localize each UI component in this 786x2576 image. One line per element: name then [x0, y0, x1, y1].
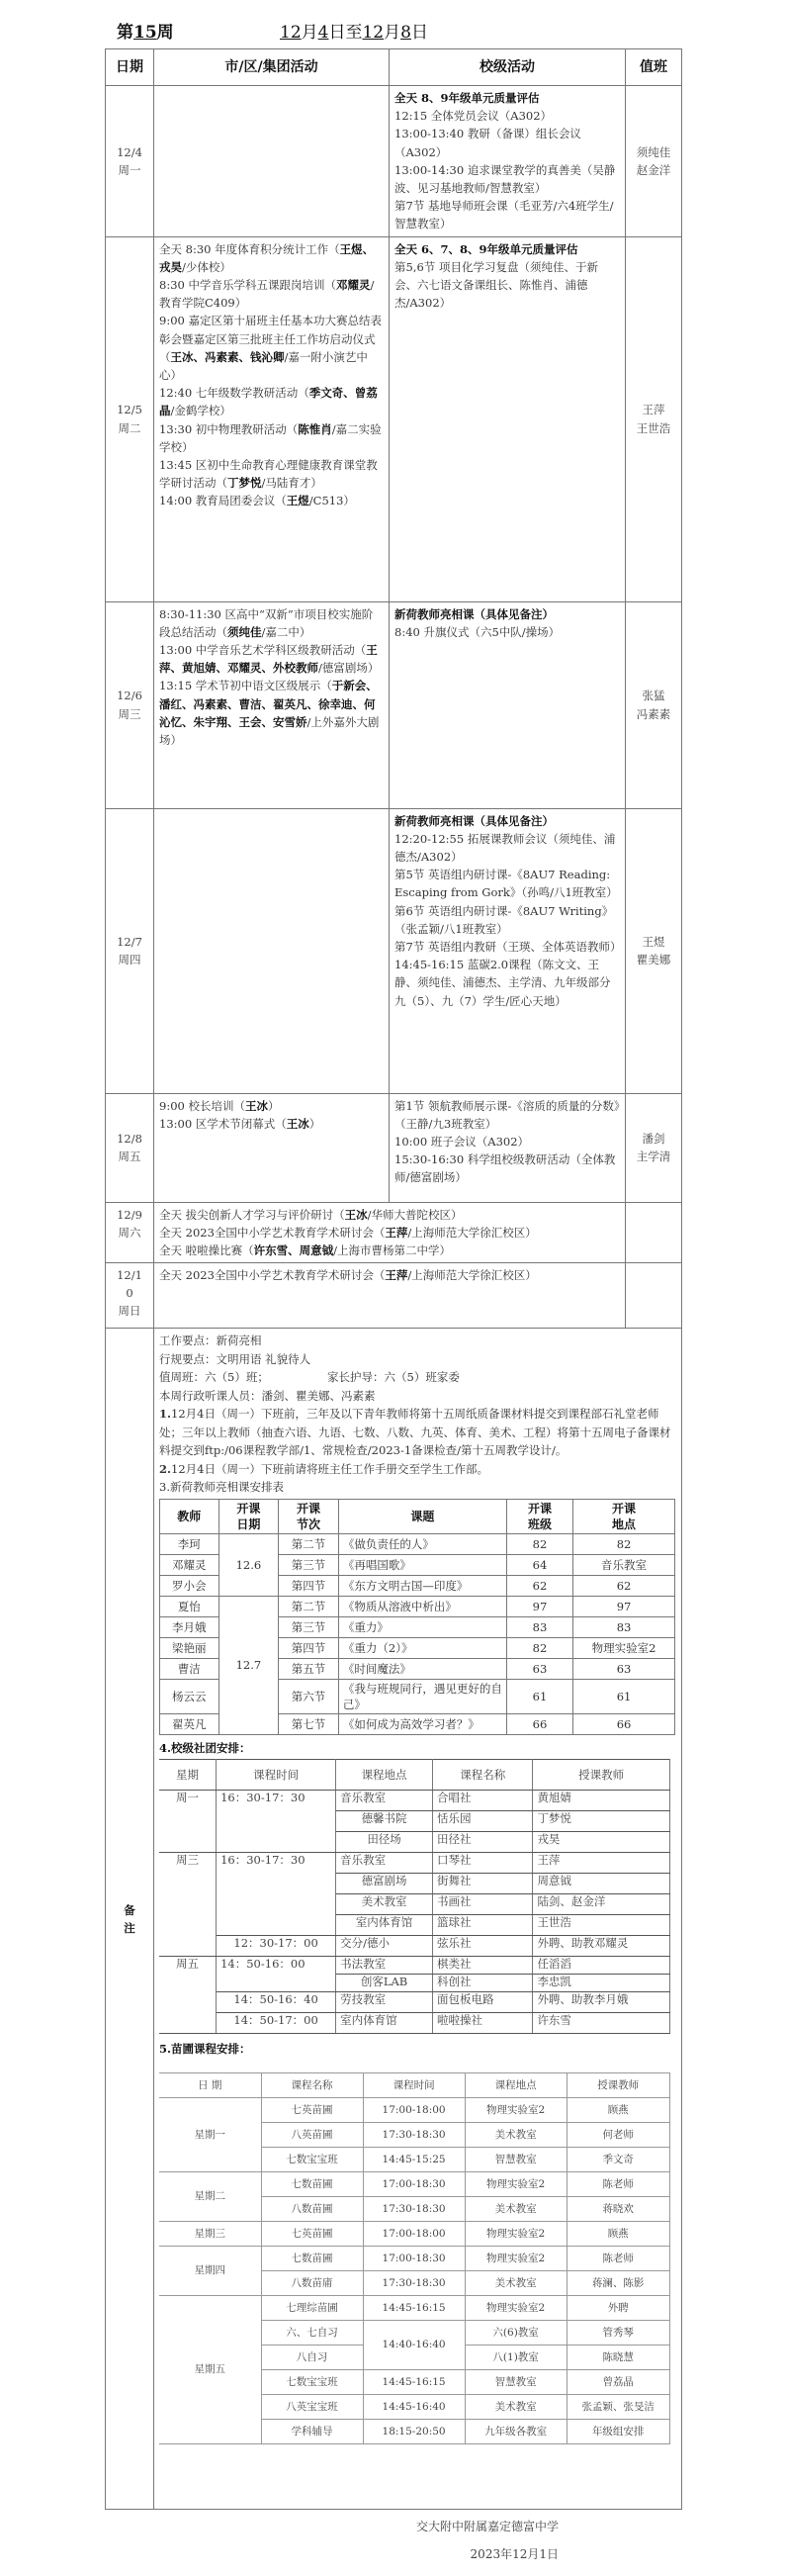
- lesson-class: 97: [506, 1596, 572, 1616]
- garden-teacher: 陈晓慧: [567, 2345, 669, 2369]
- item-number: 1.: [159, 1407, 171, 1421]
- garden-time: 17:00-18:30: [363, 2246, 465, 2270]
- club-place: 德馨书院: [336, 1811, 433, 1832]
- notes-content: 工作要点：新荷亮相行规要点：文明用语 礼貌待人值周班：六（5）班；家长护导：六（…: [154, 1329, 682, 2510]
- club-time: 14：50-17：00: [217, 2013, 336, 2034]
- garden-course-name: 八自习: [261, 2345, 363, 2369]
- duty-person: 赵金洋: [631, 161, 676, 179]
- activity-place: ）: [309, 1117, 321, 1131]
- school-activity: 第5节 英语组内研讨课-《8AU7 Reading: Escaping from…: [394, 866, 620, 901]
- lesson-place: 82: [573, 1533, 675, 1554]
- club-col-header: 授课教师: [533, 1760, 669, 1791]
- garden-course-name: 七数宝宝班: [261, 2369, 363, 2394]
- club-teacher: 黄旭婧: [533, 1791, 669, 1811]
- duty-class: 值周班：六（5）班；: [159, 1368, 327, 1387]
- garden-course-name: 六、七自习: [261, 2320, 363, 2345]
- lesson-period: 第二节: [279, 1533, 339, 1554]
- garden-header-row: 日 期课程名称课程时间课程地点授课教师: [159, 2072, 669, 2097]
- note-item-1: 1.12月4日（周一）下班前，三年及以下青年教师将第十五周纸质备课材料提交到课程…: [159, 1405, 675, 1460]
- garden-time: 14:45-16:40: [363, 2394, 465, 2419]
- notes-label-char: 注: [111, 1919, 148, 1937]
- garden-time: 14:45-15:25: [363, 2147, 465, 2171]
- lesson-topic: 《时间魔法》: [338, 1658, 506, 1679]
- school-activity: 10:00 班子会议（A302）: [394, 1133, 620, 1150]
- school-activity: 新荷教师亮相课（具体见备注）: [394, 605, 620, 623]
- week-number: 15: [133, 23, 157, 43]
- club-teacher: 外聘、助教邓耀灵: [533, 1936, 669, 1957]
- date-value: 12/4: [111, 143, 148, 161]
- header-part: 日期: [221, 1517, 277, 1532]
- weekend-activity-cell: 全天 2023全国中小学艺术教育学术研讨会（王萍/上海师范大学徐汇校区）: [154, 1263, 626, 1329]
- school-cell: 全天 8、9年级单元质量评估12:15 全体党员会议（A302）13:00-13…: [390, 86, 626, 237]
- district-cell: 8:30-11:30 区高中“双新”市项目校实施阶段总结活动（须纯佳/嘉二中）1…: [154, 601, 390, 808]
- date-range: 12月4日至12月8日: [280, 18, 428, 43]
- garden-teacher: 蒋晓欢: [567, 2196, 669, 2221]
- school-activity: 14:45-16:15 蓝碳2.0课程（陈文文、王静、须纯佳、浦德杰、主学清、九…: [394, 956, 620, 1010]
- lesson-topic: 《做负责任的人》: [338, 1533, 506, 1554]
- activity-text: 13:00 区学术节闭幕式（: [159, 1117, 287, 1131]
- activity-text: 全天 2023全国中小学艺术教育学术研讨会（: [159, 1268, 385, 1282]
- garden-col-header: 课程地点: [465, 2072, 567, 2097]
- district-activity: 全天 8:30 年度体育积分统计工作（王煜、戎昊/少体校）: [159, 240, 384, 276]
- lesson-period: 第六节: [279, 1679, 339, 1713]
- school-activity: 13:00-14:30 追求课堂教学的真善美（吴静波、见习基地教师/智慧教室）: [394, 161, 620, 197]
- weekend-activity-cell: 全天 拔尖创新人才学习与评价研讨（王冰/华师大普陀校区）全天 2023全国中小学…: [154, 1202, 626, 1263]
- club-name: 棋类社: [433, 1957, 533, 1975]
- lesson-topic: 《再唱国歌》: [338, 1554, 506, 1575]
- lesson-class: 63: [506, 1658, 572, 1679]
- parent-guard: 家长护导：六（5）班家委: [327, 1370, 460, 1384]
- garden-course-name: 八英宝宝班: [261, 2394, 363, 2419]
- club-place: 室内体育馆: [336, 2013, 433, 2034]
- school-cell: 新荷教师亮相课（具体见备注）8:40 升旗仪式（六5中队/操场）: [390, 601, 626, 808]
- date-cell: 12/10周日: [106, 1263, 154, 1329]
- table-header-row: 日期 市/区/集团活动 校级活动 值班: [106, 49, 682, 86]
- activity-text: 全天 8:30 年度体育积分统计工作（: [159, 242, 340, 256]
- schedule-row: 12/6周三8:30-11:30 区高中“双新”市项目校实施阶段总结活动（须纯佳…: [106, 601, 682, 808]
- club-place: 室内体育馆: [336, 1915, 433, 1936]
- date-value: 12/7: [111, 933, 148, 951]
- lesson-class: 61: [506, 1679, 572, 1713]
- club-time: 12：30-17：00: [217, 1936, 336, 1957]
- activity-people: 王萍: [385, 1268, 407, 1282]
- col-header-duty: 值班: [626, 49, 682, 86]
- lesson-col-header: 开课日期: [218, 1499, 279, 1533]
- garden-teacher: 陈老师: [567, 2171, 669, 2196]
- garden-course-name: 八数苗圃: [261, 2196, 363, 2221]
- garden-place: 物理实验室2: [465, 2295, 567, 2320]
- activity-people: 陈惟肖: [298, 422, 332, 436]
- garden-day: 星期四: [159, 2246, 261, 2295]
- duty-cell: 须纯佳赵金洋: [626, 86, 682, 237]
- club-teacher: 陆剑、赵金洋: [533, 1894, 669, 1915]
- garden-time: 18:15-20:50: [363, 2419, 465, 2443]
- weekday-value: 周五: [111, 1148, 148, 1165]
- garden-time: 17:30-18:30: [363, 2270, 465, 2295]
- date-value-wrap: 0: [111, 1284, 148, 1302]
- club-name: 弦乐社: [433, 1936, 533, 1957]
- header-part: 地点: [575, 1517, 672, 1532]
- garden-place: 物理实验室2: [465, 2097, 567, 2122]
- school-cell: 新荷教师亮相课（具体见备注）12:20-12:55 拓展课教师会议（须纯佳、浦德…: [390, 808, 626, 1093]
- activity-place: /华师大普陀校区）: [368, 1208, 463, 1222]
- month-char: 月: [302, 23, 318, 43]
- schedule-row: 12/7周四新荷教师亮相课（具体见备注）12:20-12:55 拓展课教师会议（…: [106, 808, 682, 1093]
- district-activity: 13:00 区学术节闭幕式（王冰）: [159, 1115, 384, 1133]
- garden-teacher: 季文奇: [567, 2147, 669, 2171]
- club-name: 篮球社: [433, 1915, 533, 1936]
- col-header-district: 市/区/集团活动: [154, 49, 390, 86]
- header-part: 开课: [281, 1501, 336, 1517]
- header-part: 班级: [509, 1517, 570, 1532]
- club-place: 美术教室: [336, 1894, 433, 1915]
- club-place: 音乐教室: [336, 1791, 433, 1811]
- activity-place: /上海师范大学徐汇校区）: [407, 1268, 536, 1282]
- activity-text: 13:00 中学音乐艺术学科区级教研活动（: [159, 643, 366, 657]
- garden-col-header: 授课教师: [567, 2072, 669, 2097]
- garden-teacher: 年级组安排: [567, 2419, 669, 2443]
- schedule-row: 12/5周二全天 8:30 年度体育积分统计工作（王煜、戎昊/少体校）8:30 …: [106, 236, 682, 601]
- duty-person: 张猛: [631, 687, 676, 704]
- duty-person: 须纯佳: [631, 143, 676, 161]
- lesson-row: 李珂12.6第二节《做负责任的人》8282: [160, 1533, 675, 1554]
- weekend-row: 12/9周六全天 拔尖创新人才学习与评价研讨（王冰/华师大普陀校区）全天 202…: [106, 1202, 682, 1263]
- duty-cell: 张猛冯素素: [626, 601, 682, 808]
- day-char: 日: [328, 23, 345, 43]
- club-place: 劳技教室: [336, 1992, 433, 2013]
- school-activity: 新荷教师亮相课（具体见备注）: [394, 812, 620, 830]
- club-col-header: 课程名称: [433, 1760, 533, 1791]
- activity-place: ）: [268, 1099, 280, 1113]
- club-header-row: 星期课程时间课程地点课程名称授课教师: [159, 1760, 669, 1791]
- school-activity: 12:20-12:55 拓展课教师会议（须纯佳、浦德杰/A302）: [394, 830, 620, 866]
- lesson-col-header: 开课节次: [279, 1499, 339, 1533]
- district-activity: 12:40 七年级数学教研活动（季文奇、曾荔晶/金鹤学校）: [159, 384, 384, 419]
- garden-course-table: 日 期课程名称课程时间课程地点授课教师星期一七英苗圃17:00-18:00物理实…: [159, 2072, 670, 2444]
- lesson-topic: 《重力（2）》: [338, 1637, 506, 1658]
- garden-row: 星期五七理综苗圃14:45-16:15物理实验室2外聘: [159, 2295, 669, 2320]
- notes-row: 备注工作要点：新荷亮相行规要点：文明用语 礼貌待人值周班：六（5）班；家长护导：…: [106, 1329, 682, 2510]
- weekday-value: 周二: [111, 419, 148, 437]
- date-cell: 12/4周一: [106, 86, 154, 237]
- garden-place: 智慧教室: [465, 2147, 567, 2171]
- to-char: 至: [345, 23, 362, 43]
- garden-col-header: 课程时间: [363, 2072, 465, 2097]
- club-time: 14：50-16：40: [217, 1992, 336, 2013]
- duty-person: 王世浩: [631, 419, 676, 437]
- club-name: 啦啦操社: [433, 2013, 533, 2034]
- club-place: 创客LAB: [336, 1975, 433, 1992]
- item-number: 2.: [159, 1462, 171, 1476]
- district-activity: 全天 啦啦操比赛（许东雪、周意钺/上海市曹杨第二中学）: [159, 1242, 620, 1259]
- lesson-period: 第三节: [279, 1616, 339, 1637]
- duty-cell: 王萍王世浩: [626, 236, 682, 601]
- schedule-row: 12/8周五9:00 校长培训（王冰）13:00 区学术节闭幕式（王冰）第1节 …: [106, 1093, 682, 1202]
- garden-place: 物理实验室2: [465, 2221, 567, 2246]
- club-name: 田径社: [433, 1832, 533, 1853]
- club-name: 口琴社: [433, 1853, 533, 1874]
- lesson-period: 第四节: [279, 1575, 339, 1596]
- weekly-schedule-table: 日期 市/区/集团活动 校级活动 值班 12/4周一全天 8、9年级单元质量评估…: [105, 48, 682, 2510]
- activity-place: /C513）: [309, 494, 355, 507]
- notes-label-char: 备: [111, 1901, 148, 1919]
- start-month: 12: [280, 23, 302, 43]
- lesson-place: 61: [573, 1679, 675, 1713]
- lesson-col-header: 开课地点: [573, 1499, 675, 1533]
- activity-place: /嘉二中）: [262, 625, 311, 639]
- garden-day: 星期二: [159, 2171, 261, 2221]
- garden-course-name: 七数苗圃: [261, 2246, 363, 2270]
- activity-text: 9:00 校长培训（: [159, 1099, 245, 1113]
- activity-text: 13:15 学术节初中语文区级展示（: [159, 679, 332, 692]
- club-name: 恬乐园: [433, 1811, 533, 1832]
- lesson-col-header: 课题: [338, 1499, 506, 1533]
- school-activity: 12:15 全体党员会议（A302）: [394, 107, 620, 125]
- district-cell: 9:00 校长培训（王冰）13:00 区学术节闭幕式（王冰）: [154, 1093, 390, 1202]
- garden-day: 星期五: [159, 2295, 261, 2443]
- school-activity: 全天 8、9年级单元质量评估: [394, 89, 620, 107]
- activity-people: 邓耀灵: [336, 278, 371, 292]
- activity-people: 王煜: [287, 494, 309, 507]
- duty-class-line: 值周班：六（5）班；家长护导：六（5）班家委: [159, 1368, 675, 1387]
- header-part: 开课: [221, 1501, 277, 1517]
- lesson-teacher: 杨云云: [160, 1679, 219, 1713]
- club-teacher: 王萍: [533, 1853, 669, 1874]
- lesson-period: 第二节: [279, 1596, 339, 1616]
- week-prefix: 第: [117, 23, 133, 43]
- activity-people: 王冰: [287, 1117, 309, 1131]
- school-activity: 第1节 领航教师展示课-《溶质的质量的分数》（王静/九3班教室）: [394, 1097, 620, 1133]
- club-name: 合唱社: [433, 1791, 533, 1811]
- activity-text: 12:40 七年级数学教研活动（: [159, 386, 309, 400]
- lesson-teacher: 曹洁: [160, 1658, 219, 1679]
- footer-school: 交大附中附属嘉定德富中学: [416, 2518, 559, 2534]
- school-activity: 全天 6、7、8、9年级单元质量评估: [394, 240, 620, 258]
- duty-person: 王煜: [631, 933, 676, 951]
- garden-course-name: 七英苗圃: [261, 2097, 363, 2122]
- garden-course-name: 八英苗圃: [261, 2122, 363, 2147]
- club-name: 街舞社: [433, 1874, 533, 1894]
- lesson-class: 66: [506, 1713, 572, 1734]
- activity-text: 14:00 教育局团委会议（: [159, 494, 287, 507]
- club-place: 交分/德小: [336, 1936, 433, 1957]
- garden-time: 17:00-18:00: [363, 2221, 465, 2246]
- club-teacher: 李忠凯: [533, 1975, 669, 1992]
- club-place: 书法教室: [336, 1957, 433, 1975]
- garden-course-name: 八数苗庯: [261, 2270, 363, 2295]
- date-value: 12/8: [111, 1130, 148, 1148]
- activity-place: /德富剧场）: [318, 661, 379, 675]
- lesson-place: 音乐教室: [573, 1554, 675, 1575]
- garden-course-name: 七数宝宝班: [261, 2147, 363, 2171]
- district-cell: [154, 808, 390, 1093]
- date-value: 12/5: [111, 401, 148, 418]
- district-activity: 13:00 中学音乐艺术学科区级教研活动（王萍、黄旭婧、邓耀灵、外校教师/德富剧…: [159, 641, 384, 677]
- garden-place: 智慧教室: [465, 2369, 567, 2394]
- garden-col-header: 日 期: [159, 2072, 261, 2097]
- garden-place: 美术教室: [465, 2394, 567, 2419]
- garden-time: 17:00-18:30: [363, 2171, 465, 2196]
- club-day: 周一: [159, 1791, 217, 1853]
- club-day: 周五: [159, 1957, 217, 2034]
- duty-person: 潘剑: [631, 1130, 676, 1148]
- lesson-place: 66: [573, 1713, 675, 1734]
- item-text: 12月4日（周一）下班前请将班主任工作手册交至学生工作部。: [171, 1462, 488, 1476]
- club-row: 12：30-17：00交分/德小弦乐社外聘、助教邓耀灵: [159, 1936, 669, 1957]
- school-activity: 15:30-16:30 科学组校级教研活动（全体教师/德富剧场）: [394, 1150, 620, 1186]
- club-day: 周三: [159, 1853, 217, 1957]
- club-row: 周一16：30-17：30音乐教室合唱社黄旭婧: [159, 1791, 669, 1811]
- garden-place: 九年级各教室: [465, 2419, 567, 2443]
- garden-place: 六(6)教室: [465, 2320, 567, 2345]
- lesson-place: 62: [573, 1575, 675, 1596]
- garden-day: 星期三: [159, 2221, 261, 2246]
- activity-text: 8:30 中学音乐学科五课跟岗培训（: [159, 278, 336, 292]
- notes-label: 备注: [106, 1329, 154, 2510]
- district-activity: 全天 2023全国中小学艺术教育学术研讨会（王萍/上海师范大学徐汇校区）: [159, 1224, 620, 1242]
- page-header: 第15周 12月4日至12月8日: [0, 14, 786, 46]
- garden-teacher: 蒋澜、陈影: [567, 2270, 669, 2295]
- duty-cell: 王煜瞿美娜: [626, 808, 682, 1093]
- lesson-class: 64: [506, 1554, 572, 1575]
- club-row: 14：50-16：40劳技教室面包板电路外聘、助教李月娥: [159, 1992, 669, 2013]
- lesson-topic: 《我与班规同行，遇见更好的自己》: [338, 1679, 506, 1713]
- club-teacher: 王世浩: [533, 1915, 669, 1936]
- end-month: 12: [362, 23, 384, 43]
- lesson-period: 第三节: [279, 1554, 339, 1575]
- school-cell: 第1节 领航教师展示课-《溶质的质量的分数》（王静/九3班教室）10:00 班子…: [390, 1093, 626, 1202]
- activity-text: 13:30 初中物理教研活动（: [159, 422, 298, 436]
- start-day: 4: [318, 23, 329, 43]
- garden-teacher: 顾燕: [567, 2097, 669, 2122]
- district-activity: 13:30 初中物理教研活动（陈惟肖/嘉二实验学校）: [159, 420, 384, 456]
- weekday-value: 周四: [111, 951, 148, 968]
- note-item-4-title: 4.校级社团安排：: [159, 1739, 675, 1758]
- club-table: 星期课程时间课程地点课程名称授课教师周一16：30-17：30音乐教室合唱社黄旭…: [159, 1759, 670, 2034]
- activity-text: 全天 2023全国中小学艺术教育学术研讨会（: [159, 1226, 385, 1240]
- header-part: 节次: [281, 1517, 336, 1532]
- district-activity: 全天 2023全国中小学艺术教育学术研讨会（王萍/上海师范大学徐汇校区）: [159, 1266, 620, 1284]
- activity-text: 全天 啦啦操比赛（: [159, 1243, 254, 1257]
- month-char: 月: [384, 23, 400, 43]
- week-suffix: 周: [157, 23, 174, 43]
- garden-course-name: 七英苗圃: [261, 2221, 363, 2246]
- garden-place: 美术教室: [465, 2270, 567, 2295]
- duty-cell: 潘剑主学清: [626, 1093, 682, 1202]
- garden-time: 14:45-16:15: [363, 2295, 465, 2320]
- admin-observers: 本周行政听课人员：潘剑、瞿美娜、冯素素: [159, 1387, 675, 1406]
- note-item-2: 2.12月4日（周一）下班前请将班主任工作手册交至学生工作部。: [159, 1460, 675, 1479]
- club-teacher: 戎昊: [533, 1832, 669, 1853]
- club-teacher: 外聘、助教李月娥: [533, 1992, 669, 2013]
- col-header-date: 日期: [106, 49, 154, 86]
- date-value: 12/9: [111, 1206, 148, 1224]
- lesson-period: 第七节: [279, 1713, 339, 1734]
- weekday-value: 周一: [111, 161, 148, 179]
- weekday-value: 周六: [111, 1224, 148, 1242]
- garden-course-name: 七数苗圃: [261, 2171, 363, 2196]
- school-activity: 第6节 英语组内研讨课-《8AU7 Writing》（张孟颖/八1班教室）: [394, 902, 620, 938]
- school-activity: 8:40 升旗仪式（六5中队/操场）: [394, 623, 620, 641]
- item-text: 12月4日（周一）下班前，三年及以下青年教师将第十五周纸质备课材料提交到课程部石…: [159, 1407, 671, 1457]
- garden-row: 星期二七数苗圃17:00-18:30物理实验室2陈老师: [159, 2171, 669, 2196]
- date-cell: 12/8周五: [106, 1093, 154, 1202]
- lesson-teacher: 翟英凡: [160, 1713, 219, 1734]
- district-activity: 全天 拔尖创新人才学习与评价研讨（王冰/华师大普陀校区）: [159, 1206, 620, 1224]
- lesson-teacher: 梁艳丽: [160, 1637, 219, 1658]
- activity-place: /少体校）: [182, 260, 231, 274]
- club-teacher: 周意钺: [533, 1874, 669, 1894]
- garden-course-name: 七理综苗圃: [261, 2295, 363, 2320]
- club-name: 书画社: [433, 1894, 533, 1915]
- note-item-3-title: 3.新荷教师亮相课安排表: [159, 1478, 675, 1497]
- district-activity: 9:00 校长培训（王冰）: [159, 1097, 384, 1115]
- lesson-teacher: 李月娥: [160, 1616, 219, 1637]
- club-row: 周三16：30-17：30音乐教室口琴社王萍: [159, 1853, 669, 1874]
- lesson-place: 物理实验室2: [573, 1637, 675, 1658]
- garden-row: 星期三七英苗圃17:00-18:00物理实验室2顾燕: [159, 2221, 669, 2246]
- district-cell: 全天 8:30 年度体育积分统计工作（王煜、戎昊/少体校）8:30 中学音乐学科…: [154, 236, 390, 601]
- week-title: 第15周: [117, 18, 174, 43]
- school-activity: 13:00-13:40 教研（备课）组长会议（A302）: [394, 125, 620, 160]
- club-place: 田径场: [336, 1832, 433, 1853]
- date-cell: 12/5周二: [106, 236, 154, 601]
- club-row: 周五14：50-16：00书法教室棋类社任滔滔: [159, 1957, 669, 1975]
- club-time: 16：30-17：30: [217, 1791, 336, 1853]
- garden-time: 14:40-16:40: [363, 2320, 465, 2369]
- club-name: 面包板电路: [433, 1992, 533, 2013]
- day-char: 日: [411, 23, 428, 43]
- lesson-class: 82: [506, 1533, 572, 1554]
- club-teacher: 丁梦悦: [533, 1811, 669, 1832]
- duty-person: 瞿美娜: [631, 951, 676, 968]
- lesson-place: 83: [573, 1616, 675, 1637]
- garden-place: 美术教室: [465, 2122, 567, 2147]
- garden-teacher: 管秀琴: [567, 2320, 669, 2345]
- date-value: 12/6: [111, 687, 148, 704]
- garden-place: 美术教室: [465, 2196, 567, 2221]
- garden-teacher: 顾燕: [567, 2221, 669, 2246]
- duty-person: 王萍: [631, 401, 676, 418]
- activity-people: 须纯佳: [227, 625, 262, 639]
- district-activity: 9:00 嘉定区第十届班主任基本功大赛总结表彰会暨嘉定区第三批班主任工作坊启动仪…: [159, 312, 384, 384]
- activity-people: 王冰: [245, 1099, 268, 1113]
- lesson-date: 12.7: [218, 1596, 279, 1734]
- district-activity: 13:45 区初中生命教育心理健康教育课堂教学研讨活动（丁梦悦/马陆育才）: [159, 456, 384, 492]
- school-activity: 第7节 英语组内教研（王瑛、全体英语教师）: [394, 938, 620, 956]
- district-activity: 8:30-11:30 区高中“双新”市项目校实施阶段总结活动（须纯佳/嘉二中）: [159, 605, 384, 641]
- lesson-period: 第五节: [279, 1658, 339, 1679]
- garden-place: 物理实验室2: [465, 2246, 567, 2270]
- lesson-header-row: 教师开课日期开课节次课题开课班级开课地点: [160, 1499, 675, 1533]
- lesson-teacher: 邓耀灵: [160, 1554, 219, 1575]
- district-activity: 8:30 中学音乐学科五课跟岗培训（邓耀灵/教育学院C409）: [159, 276, 384, 312]
- activity-people: 王冰、冯素素、钱沁卿: [171, 350, 285, 364]
- lesson-place: 97: [573, 1596, 675, 1616]
- activity-people: 王萍: [385, 1226, 407, 1240]
- garden-time: 17:30-18:30: [363, 2122, 465, 2147]
- lesson-col-header: 教师: [160, 1499, 219, 1533]
- lesson-period: 第四节: [279, 1637, 339, 1658]
- lesson-teacher: 罗小会: [160, 1575, 219, 1596]
- school-cell: 全天 6、7、8、9年级单元质量评估第5,6节 项目化学习复盘（须纯佳、于新会、…: [390, 236, 626, 601]
- garden-time: 14:45-16:15: [363, 2369, 465, 2394]
- club-place: 音乐教室: [336, 1853, 433, 1874]
- activity-place: /金鹤学校）: [171, 404, 231, 417]
- date-cell: 12/7周四: [106, 808, 154, 1093]
- activity-place: /马陆育才）: [262, 476, 322, 490]
- weekday-value: 周三: [111, 705, 148, 723]
